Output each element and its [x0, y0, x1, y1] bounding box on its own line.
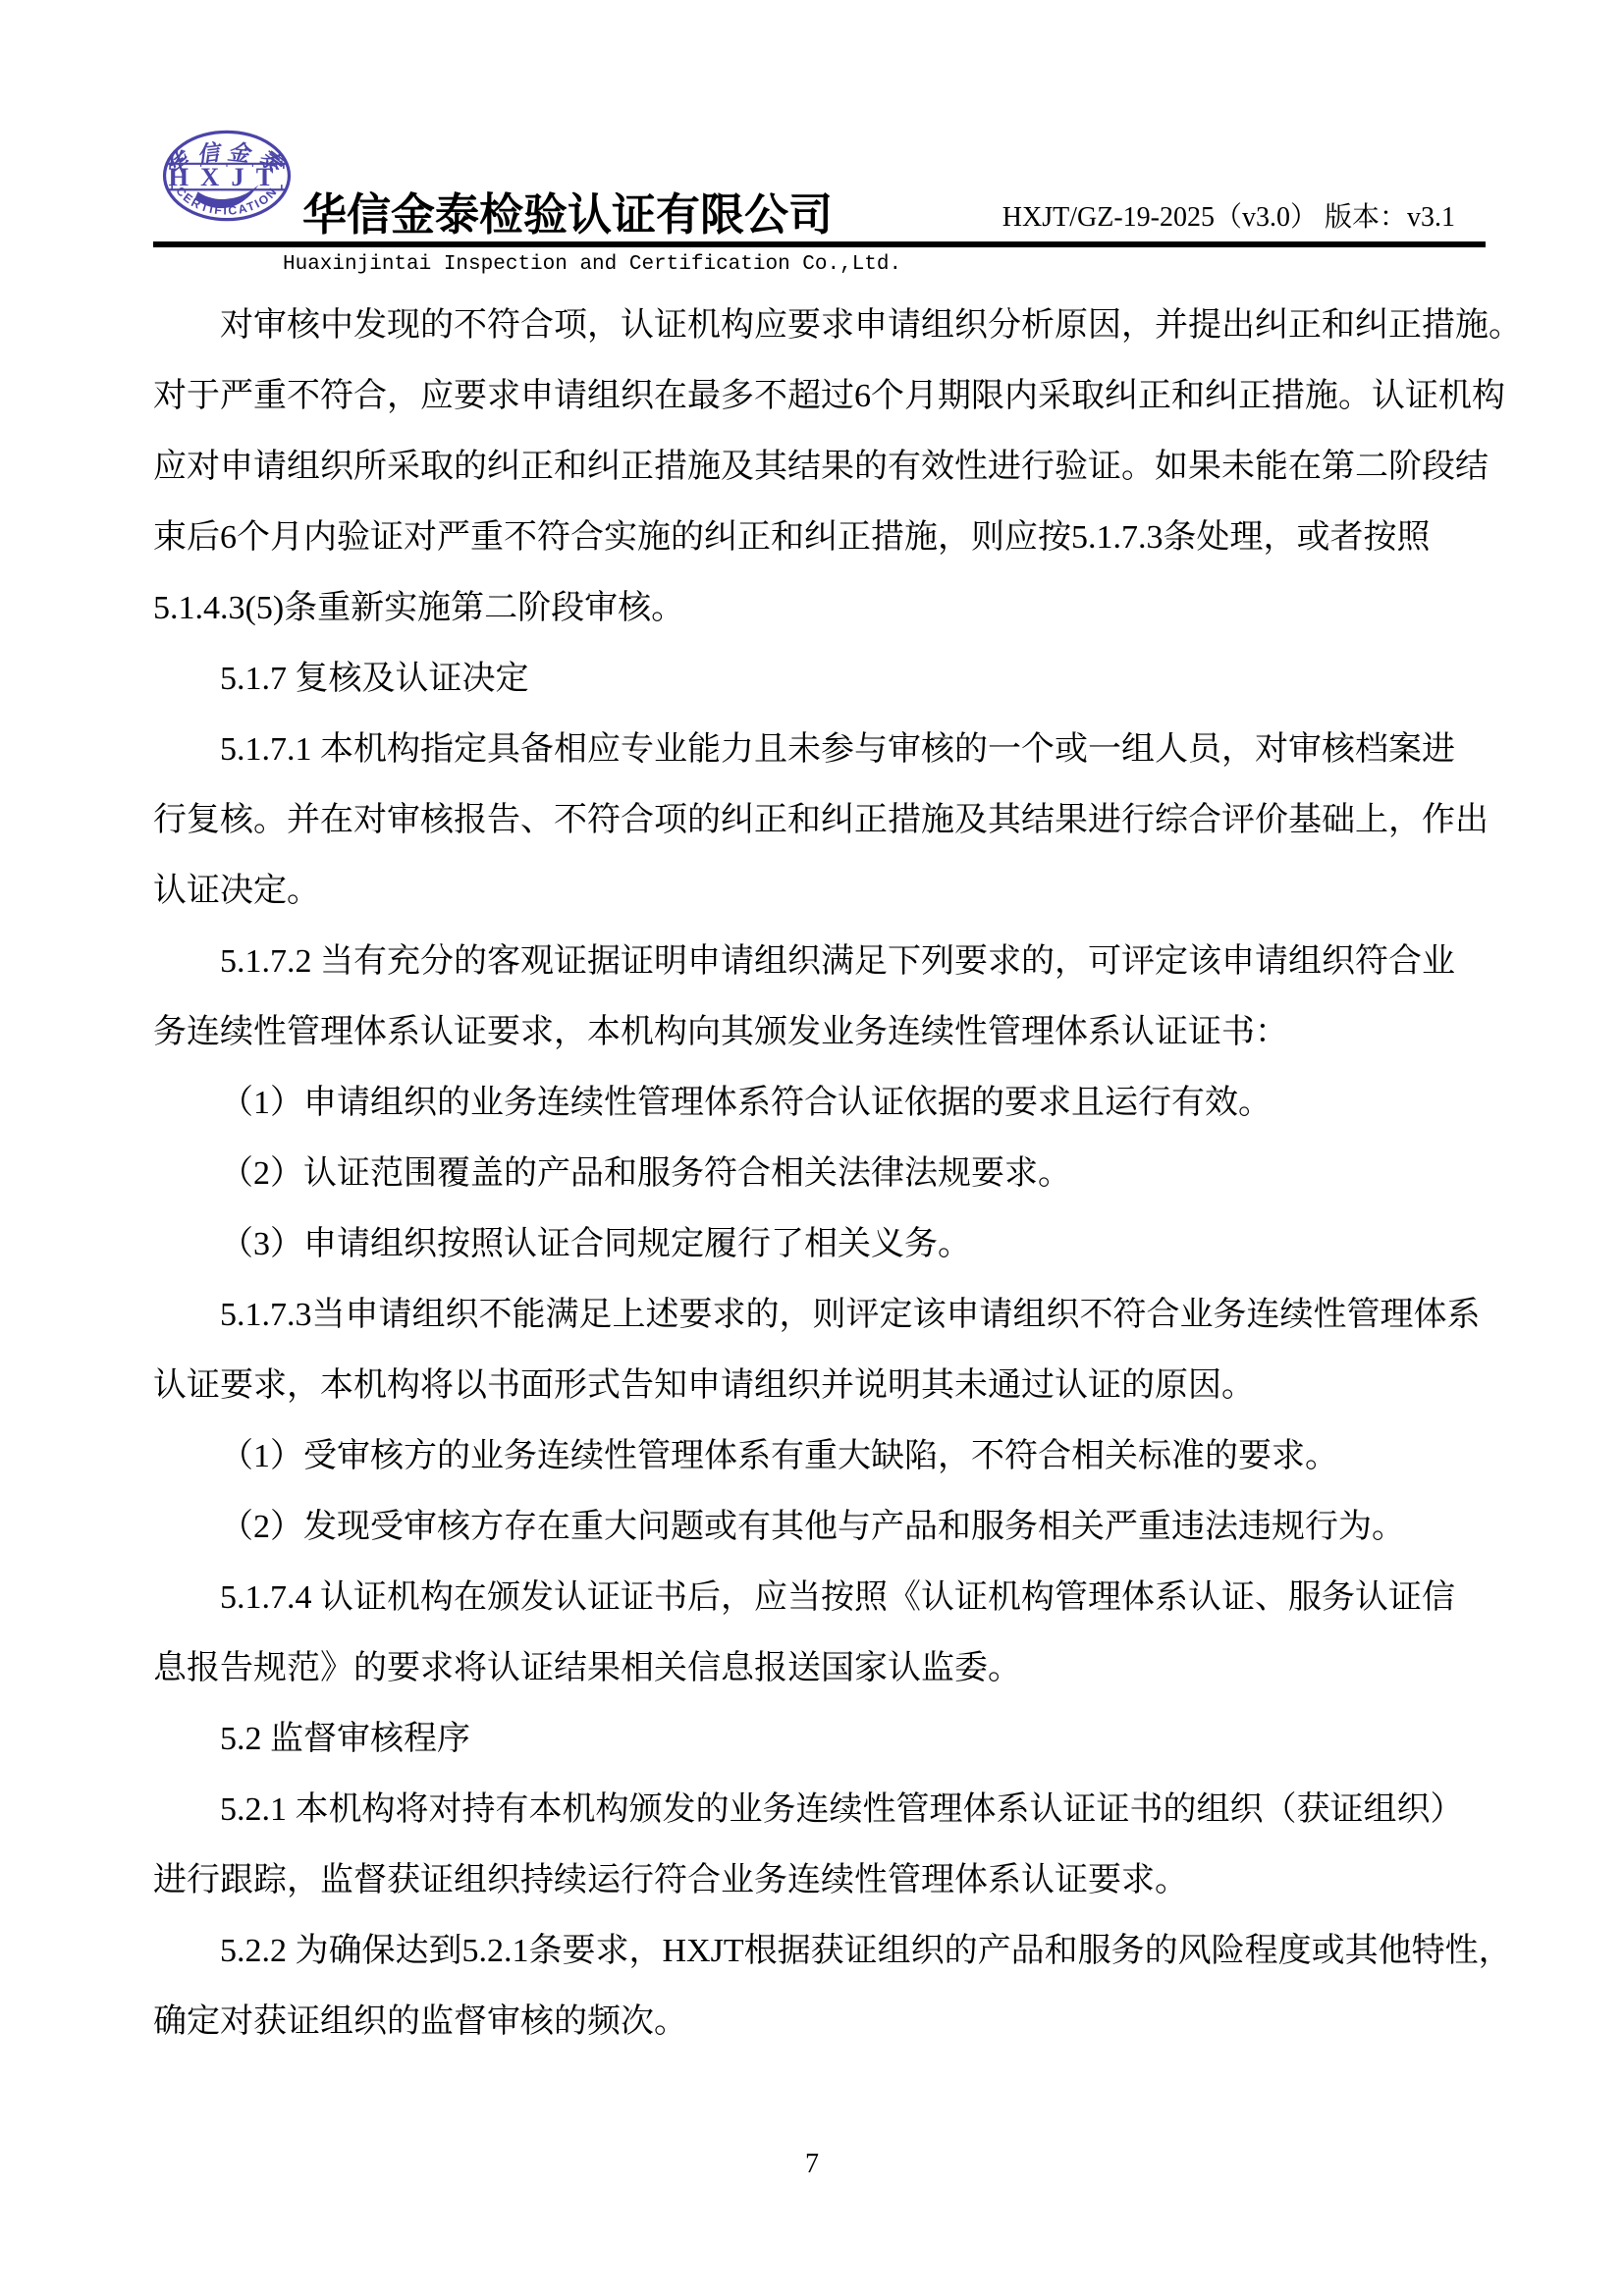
body-text-line: （2）认证范围覆盖的产品和服务符合相关法律法规要求。: [153, 1139, 1489, 1209]
body-text-line: 5.2 监督审核程序: [153, 1704, 1489, 1775]
body-text-line: 对审核中发现的不符合项，认证机构应要求申请组织分析原因，并提出纠正和纠正措施。: [153, 291, 1489, 361]
body-text-line: 对于严重不符合，应要求申请组织在最多不超过6个月期限内采取纠正和纠正措施。认证机…: [153, 361, 1489, 432]
body-text-line: （1）受审核方的业务连续性管理体系有重大缺陷，不符合相关标准的要求。: [153, 1421, 1489, 1492]
company-name-en: Huaxinjintai Inspection and Certificatio…: [283, 252, 901, 278]
body-text-line: （3）申请组织按照认证合同规定履行了相关义务。: [153, 1209, 1489, 1280]
header-rule: [153, 241, 1486, 247]
body-text-line: 息报告规范》的要求将认证结果相关信息报送国家认监委。: [153, 1633, 1489, 1704]
body-text-line: 务连续性管理体系认证要求，本机构向其颁发业务连续性管理体系认证证书：: [153, 997, 1489, 1068]
company-name-zh: 华信金泰检验认证有限公司: [302, 190, 833, 240]
body-text-line: 5.1.7.4 认证机构在颁发认证证书后，应当按照《认证机构管理体系认证、服务认…: [153, 1563, 1489, 1633]
body-text-line: 5.2.1 本机构将对持有本机构颁发的业务连续性管理体系认证证书的组织（获证组织…: [153, 1775, 1489, 1845]
company-seal-logo: 华信金泰 HXJT CERTIFICATION: [161, 128, 293, 224]
body-text-line: 行复核。并在对审核报告、不符合项的纠正和纠正措施及其结果进行综合评价基础上，作出: [153, 785, 1489, 856]
body-text-line: 确定对获证组织的监督审核的频次。: [153, 1987, 1489, 2057]
body-text-line: 5.1.4.3(5)条重新实施第二阶段审核。: [153, 573, 1489, 644]
body-text-line: （2）发现受审核方存在重大问题或有其他与产品和服务相关严重违法违规行为。: [153, 1492, 1489, 1563]
body-text-line: 5.1.7.2 当有充分的客观证据证明申请组织满足下列要求的，可评定该申请组织符…: [153, 927, 1489, 997]
page-number: 7: [0, 2144, 1624, 2185]
body-text-line: 5.1.7.3当申请组织不能满足上述要求的，则评定该申请组织不符合业务连续性管理…: [153, 1280, 1489, 1351]
document-body: 对审核中发现的不符合项，认证机构应要求申请组织分析原因，并提出纠正和纠正措施。对…: [0, 291, 1624, 2057]
document-page: 华信金泰 HXJT CERTIFICATION 华: [0, 0, 1624, 2296]
body-text-line: 进行跟踪，监督获证组织持续运行符合业务连续性管理体系认证要求。: [153, 1845, 1489, 1916]
body-text-line: 认证决定。: [153, 856, 1489, 927]
body-text-line: 束后6个月内验证对严重不符合实施的纠正和纠正措施，则应按5.1.7.3条处理，或…: [153, 503, 1489, 573]
document-number: HXJT/GZ-19-2025（v3.0） 版本：v3.1: [1002, 201, 1455, 235]
body-text-line: 5.1.7.1 本机构指定具备相应专业能力且未参与审核的一个或一组人员，对审核档…: [153, 715, 1489, 785]
body-text-line: 5.1.7 复核及认证决定: [153, 644, 1489, 715]
body-text-line: 认证要求，本机构将以书面形式告知申请组织并说明其未通过认证的原因。: [153, 1351, 1489, 1421]
body-text-line: 应对申请组织所采取的纠正和纠正措施及其结果的有效性进行验证。如果未能在第二阶段结: [153, 432, 1489, 503]
body-text-line: 5.2.2 为确保达到5.2.1条要求，HXJT根据获证组织的产品和服务的风险程…: [153, 1916, 1489, 1987]
body-text-line: （1）申请组织的业务连续性管理体系符合认证依据的要求且运行有效。: [153, 1068, 1489, 1139]
